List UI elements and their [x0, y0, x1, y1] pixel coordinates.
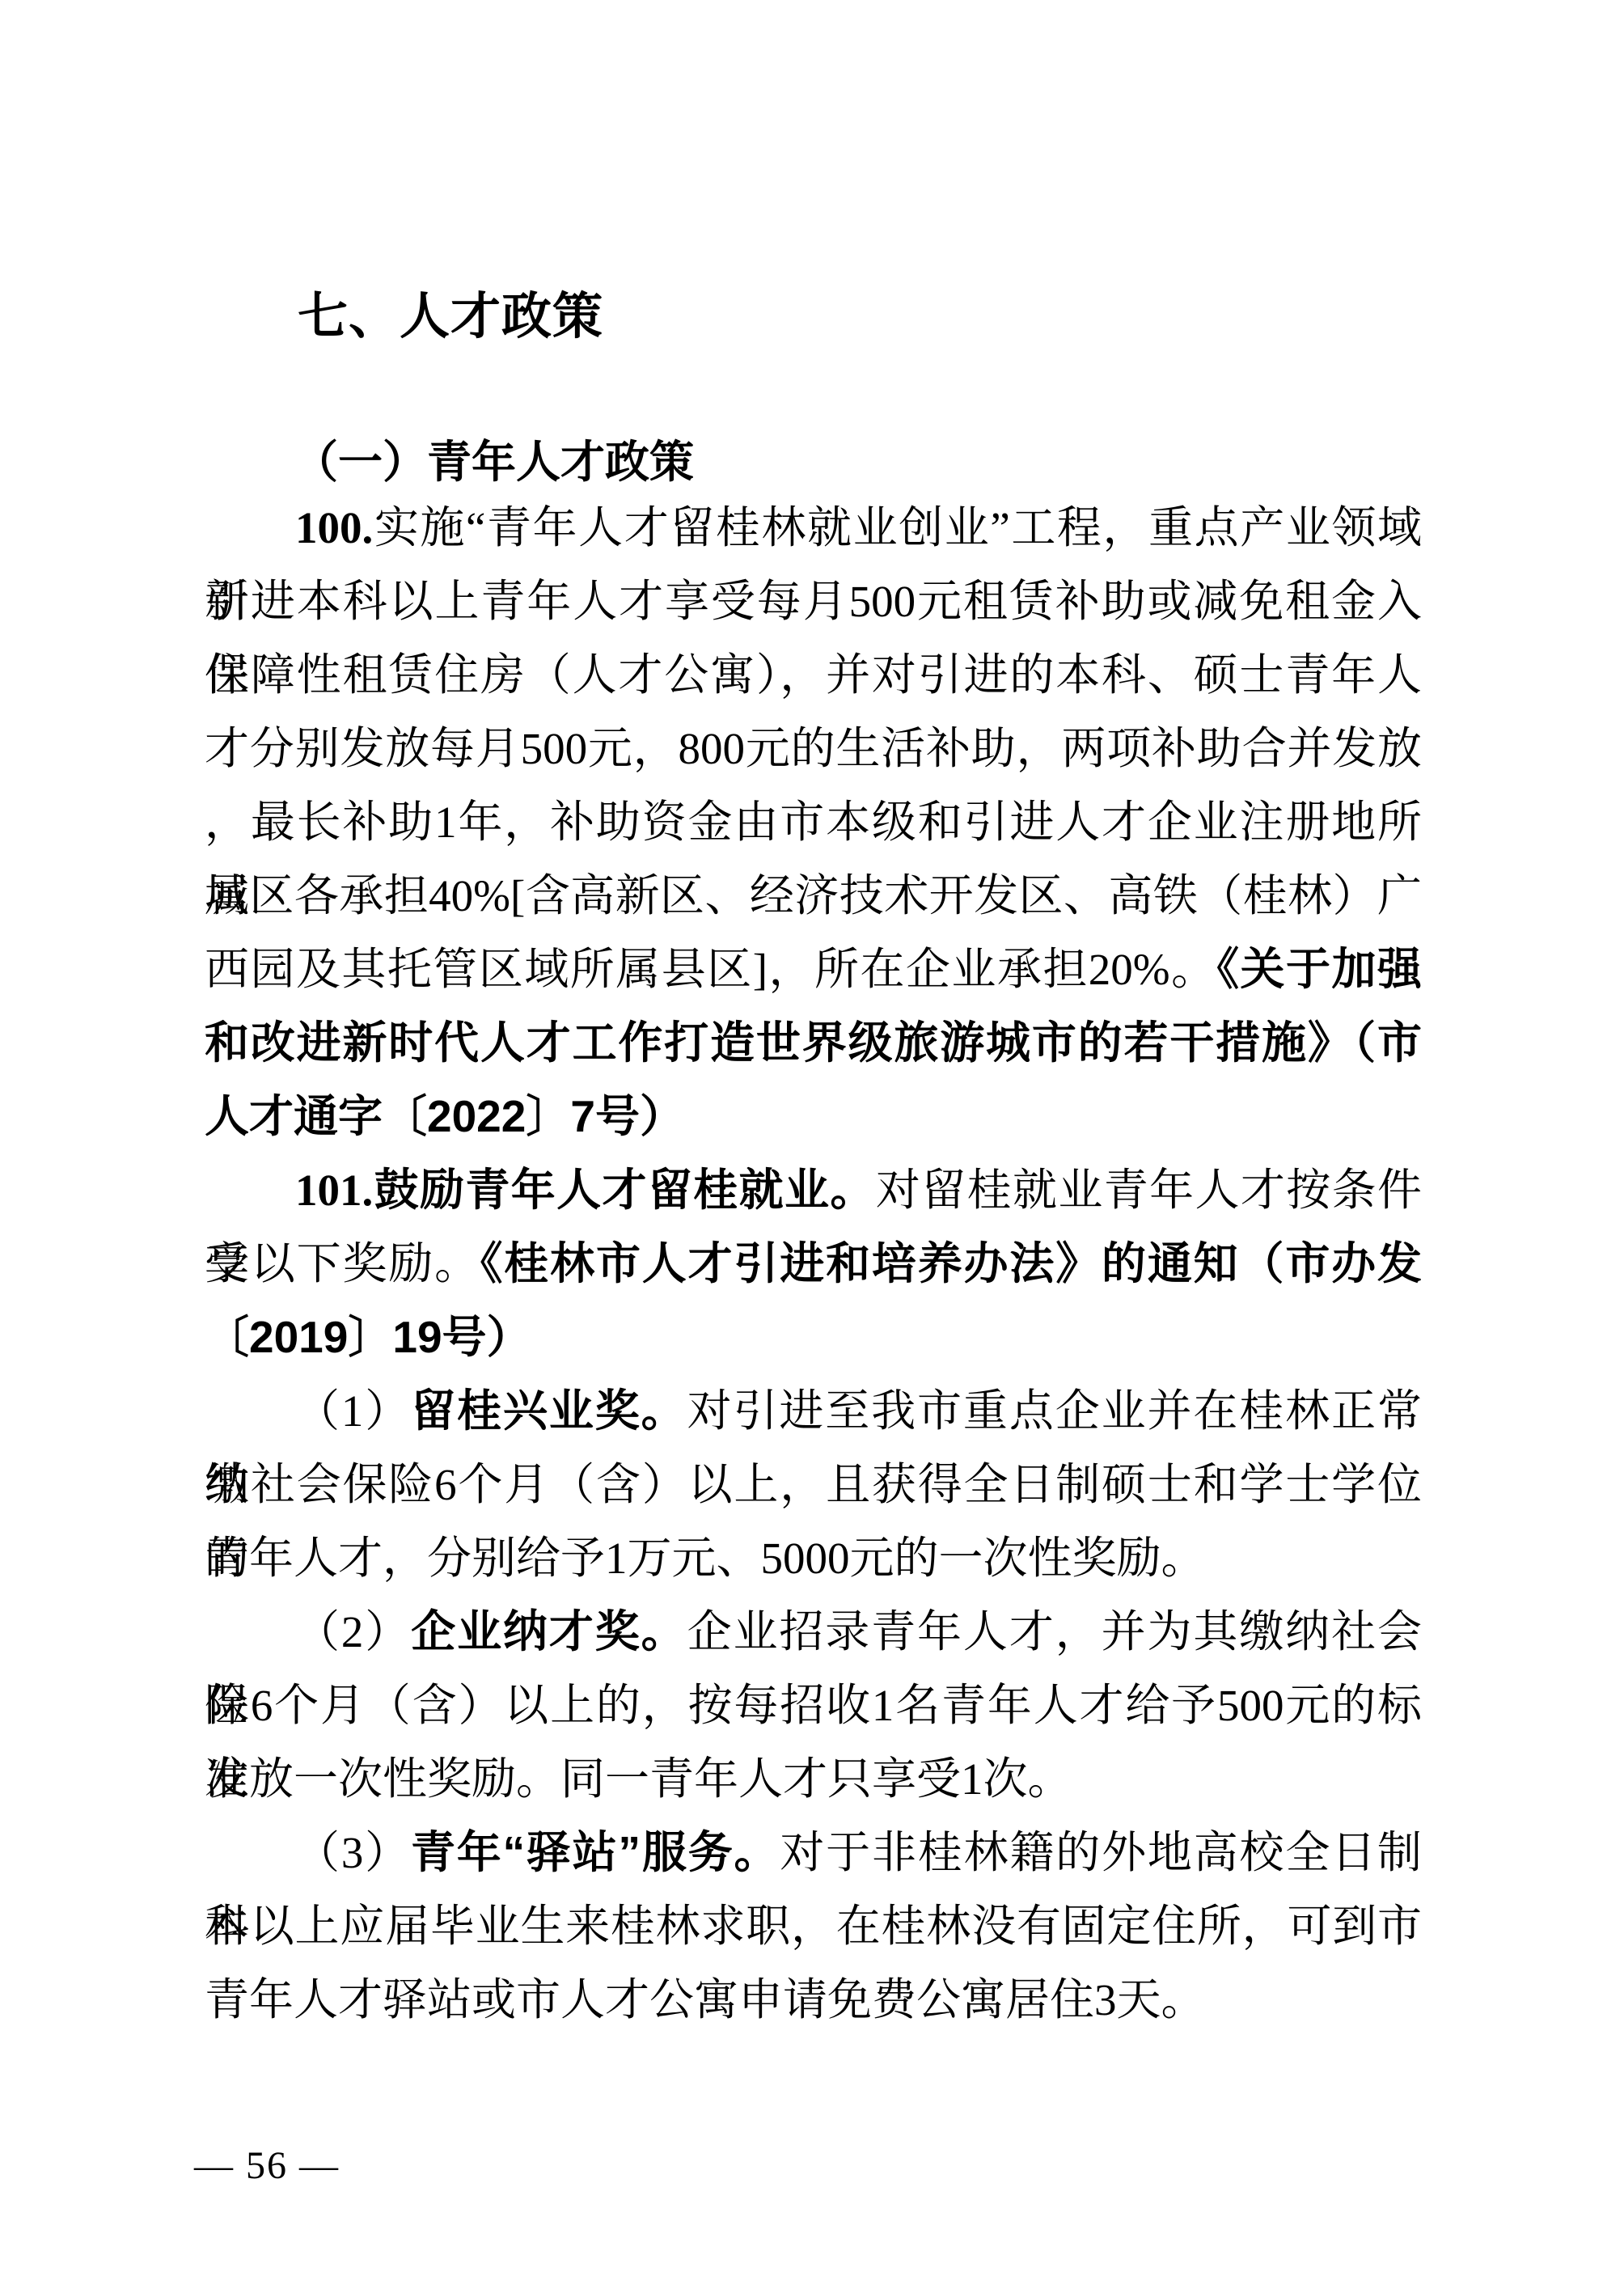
text-line: 纳社会保险6个月（含）以上，且获得全日制硕士和学士学位的 — [205, 1448, 1422, 1521]
emphasis-text: 鼓励青年人才留桂就业。 — [373, 1165, 876, 1215]
text-line: 发放一次性奖励。同一青年人才只享受1次。 — [205, 1742, 1422, 1816]
body-text: 发放一次性奖励。同一青年人才只享受1次。 — [205, 1754, 1072, 1804]
text-line: 人才通字〔2022〕7号） — [205, 1080, 1422, 1153]
text-line: 〔2019〕19号） — [205, 1301, 1422, 1374]
text-line: 100.实施“青年人才留桂林就业创业”工程，重点产业领域新 — [205, 491, 1422, 565]
body-text: 青年人才，分别给予1万元、5000元的一次性奖励。 — [205, 1534, 1206, 1583]
text-line: 引进本科以上青年人才享受每月500元租赁补助或减免租金入住 — [205, 565, 1422, 638]
body-text: 科以上应届毕业生来桂林求职，在桂林没有固定住所，可到市 — [205, 1902, 1422, 1951]
text-line: （3）青年“驿站”服务。对于非桂林籍的外地高校全日制本 — [205, 1816, 1422, 1889]
body-text: 保障性租赁住房（人才公寓），并对引进的本科、硕士青年人 — [205, 650, 1422, 700]
emphasis-text: 《桂林市人才引进和培养办法》的通知（市办发 — [480, 1238, 1422, 1288]
body-text: （3） — [295, 1828, 411, 1877]
text-line: 青年人才驿站或市人才公寓申请免费公寓居住3天。 — [205, 1963, 1422, 2037]
text-line: 和改进新时代人才工作打造世界级旅游城市的若干措施》（市 — [205, 1006, 1422, 1080]
document-body: 100.实施“青年人才留桂林就业创业”工程，重点产业领域新引进本科以上青年人才享… — [205, 491, 1422, 2037]
emphasis-text: 《关于加强 — [1217, 944, 1422, 994]
text-line: 青年人才，分别给予1万元、5000元的一次性奖励。 — [205, 1521, 1422, 1595]
section-heading: （一）青年人才政策 — [205, 434, 1422, 491]
body-text: 100. — [295, 503, 373, 552]
text-line: ，最长补助1年，补助资金由市本级和引进人才企业注册地所属 — [205, 785, 1422, 859]
body-text: 101. — [295, 1166, 373, 1215]
document-title: 七、人才政策 — [205, 285, 1422, 349]
body-text: （2） — [295, 1607, 411, 1656]
text-line: 101.鼓励青年人才留桂就业。对留桂就业青年人才按条件享 — [205, 1153, 1422, 1227]
text-line: 西园及其托管区域所属县区]，所在企业承担20%。《关于加强 — [205, 933, 1422, 1006]
emphasis-text: 〔2019〕19号） — [205, 1312, 531, 1362]
text-line: 保障性租赁住房（人才公寓），并对引进的本科、硕士青年人 — [205, 638, 1422, 712]
emphasis-text: 和改进新时代人才工作打造世界级旅游城市的若干措施》（市 — [205, 1017, 1422, 1068]
page-number: — 56 — — [194, 2142, 340, 2190]
document-page: 七、人才政策 （一）青年人才政策 100.实施“青年人才留桂林就业创业”工程，重… — [0, 0, 1624, 2293]
body-text: 才分别发放每月500元，800元的生活补助，两项补助合并发放 — [205, 724, 1422, 773]
body-text: 受以下奖励。 — [205, 1239, 480, 1288]
text-line: 才分别发放每月500元，800元的生活补助，两项补助合并发放 — [205, 712, 1422, 785]
text-line: 城区各承担40%[含高新区、经济技术开发区、高铁（桂林）广 — [205, 859, 1422, 933]
text-line: （2）企业纳才奖。企业招录青年人才，并为其缴纳社会保 — [205, 1595, 1422, 1669]
body-text: （1） — [295, 1386, 411, 1436]
text-line: 险6个月（含）以上的，按每招收1名青年人才给予500元的标准 — [205, 1669, 1422, 1742]
text-line: 科以上应届毕业生来桂林求职，在桂林没有固定住所，可到市 — [205, 1889, 1422, 1963]
text-line: （1）留桂兴业奖。对引进至我市重点企业并在桂林正常缴 — [205, 1374, 1422, 1448]
body-text: 城区各承担40%[含高新区、经济技术开发区、高铁（桂林）广 — [205, 871, 1422, 920]
emphasis-text: 企业纳才奖。 — [411, 1606, 687, 1656]
body-text: 西园及其托管区域所属县区]，所在企业承担20%。 — [205, 945, 1217, 994]
emphasis-text: 留桂兴业奖。 — [411, 1386, 687, 1436]
body-text: 青年人才驿站或市人才公寓申请免费公寓居住3天。 — [205, 1975, 1206, 2024]
emphasis-text: 青年“驿站”服务。 — [411, 1827, 780, 1877]
text-line: 受以下奖励。《桂林市人才引进和培养办法》的通知（市办发 — [205, 1227, 1422, 1301]
emphasis-text: 人才通字〔2022〕7号） — [205, 1091, 684, 1141]
